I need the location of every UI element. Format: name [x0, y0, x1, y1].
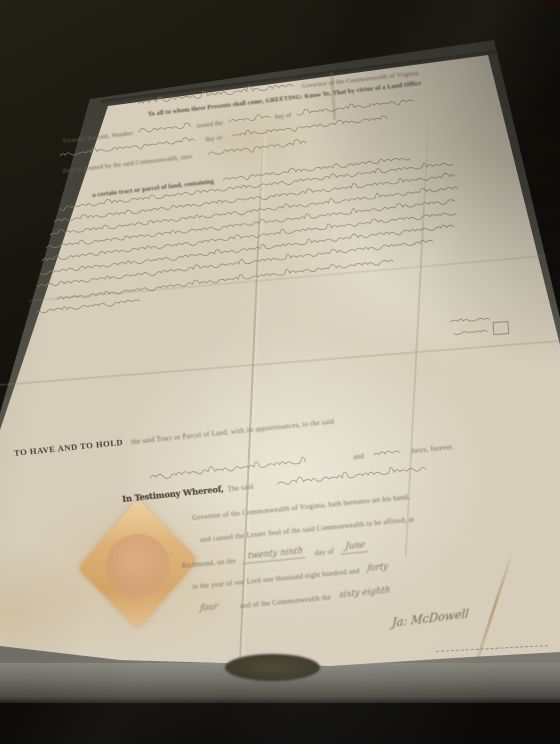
pencil-scribble — [452, 321, 491, 338]
photo-of-land-grant: Governor of the Commonwealth of Virginia… — [0, 0, 560, 744]
wax-seal — [82, 504, 194, 626]
bottom-shadow-blob — [225, 654, 320, 681]
background-red-sliver — [540, 0, 560, 16]
print-text: and — [353, 452, 365, 461]
wax-seal-embossing — [106, 534, 170, 598]
handwritten-year-word: forty — [367, 562, 389, 574]
handwriting-line — [371, 443, 398, 460]
stamp-outline — [492, 321, 509, 335]
handwritten-year-word: four — [199, 602, 218, 614]
